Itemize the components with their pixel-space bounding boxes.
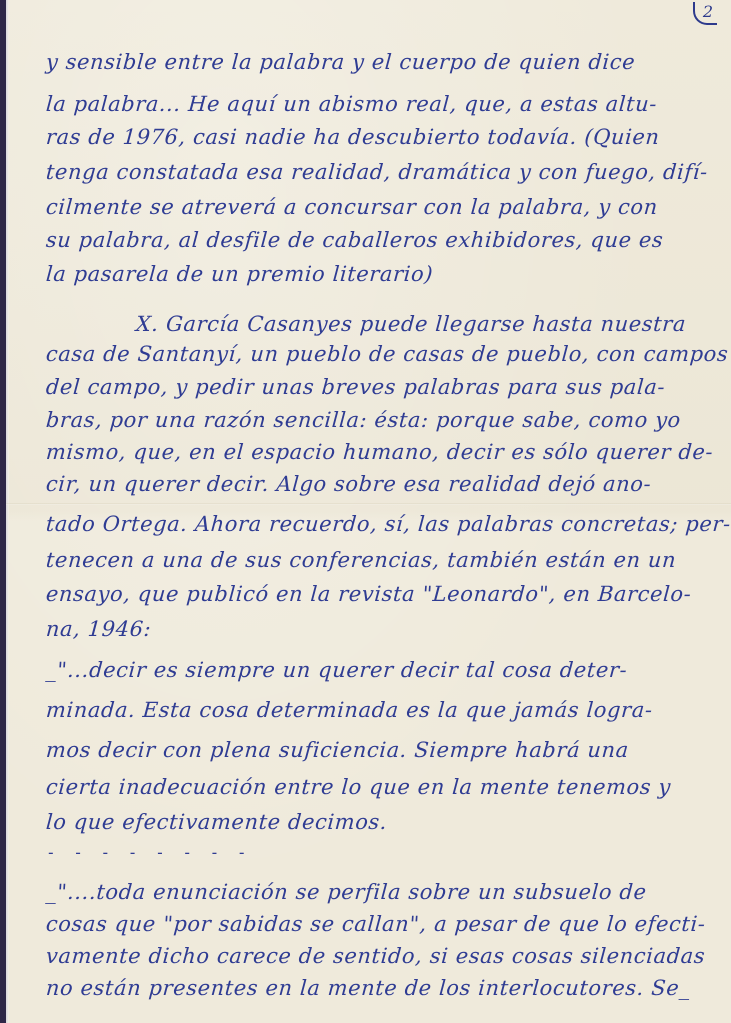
text-line: mismo, que, en el espacio humano, decir … [45,440,724,464]
quote-line: _"....toda enunciación se perfila sobre … [45,880,724,904]
text-line: X. García Casanyes puede llegarse hasta … [135,312,724,336]
text-line: y sensible entre la palabra y el cuerpo … [45,50,724,74]
text-line: cir, un querer decir. Algo sobre esa rea… [45,472,724,496]
separator-dashes: - - - - - - - - [46,843,251,862]
text-line: la palabra... He aquí un abismo real, qu… [45,92,724,116]
text-line: ras de 1976, casi nadie ha descubierto t… [45,125,724,149]
page-number: 2 [693,2,717,25]
text-line: cilmente se atreverá a concursar con la … [45,195,724,219]
text-line: su palabra, al desfile de caballeros exh… [45,228,724,252]
quote-line: _"...decir es siempre un querer decir ta… [45,658,724,682]
text-line: tado Ortega. Ahora recuerdo, sí, las pal… [45,512,724,536]
quote-line: cosas que "por sabidas se callan", a pes… [45,912,724,936]
text-line: del campo, y pedir unas breves palabras … [45,375,724,399]
quote-line: cierta inadecuación entre lo que en la m… [45,775,724,799]
text-line: tenga constatada esa realidad, dramática… [45,160,724,184]
text-line: la pasarela de un premio literario) [45,262,724,286]
text-line: bras, por una razón sencilla: ésta: porq… [45,408,724,432]
quote-line: lo que efectivamente decimos. [45,810,724,834]
quote-line: no están presentes en la mente de los in… [45,976,724,1000]
text-line: tenecen a una de sus conferencias, tambi… [45,548,724,572]
text-line: casa de Santanyí, un pueblo de casas de … [45,342,724,366]
quote-line: mos decir con plena suficiencia. Siempre… [45,738,724,762]
paper-fold [6,503,731,505]
quote-line: vamente dicho carece de sentido, si esas… [45,944,724,968]
manuscript-page: 2 y sensible entre la palabra y el cuerp… [6,0,731,1023]
quote-line: minada. Esta cosa determinada es la que … [45,698,724,722]
text-line: ensayo, que publicó en la revista "Leona… [45,582,724,606]
text-line: na, 1946: [45,617,724,641]
